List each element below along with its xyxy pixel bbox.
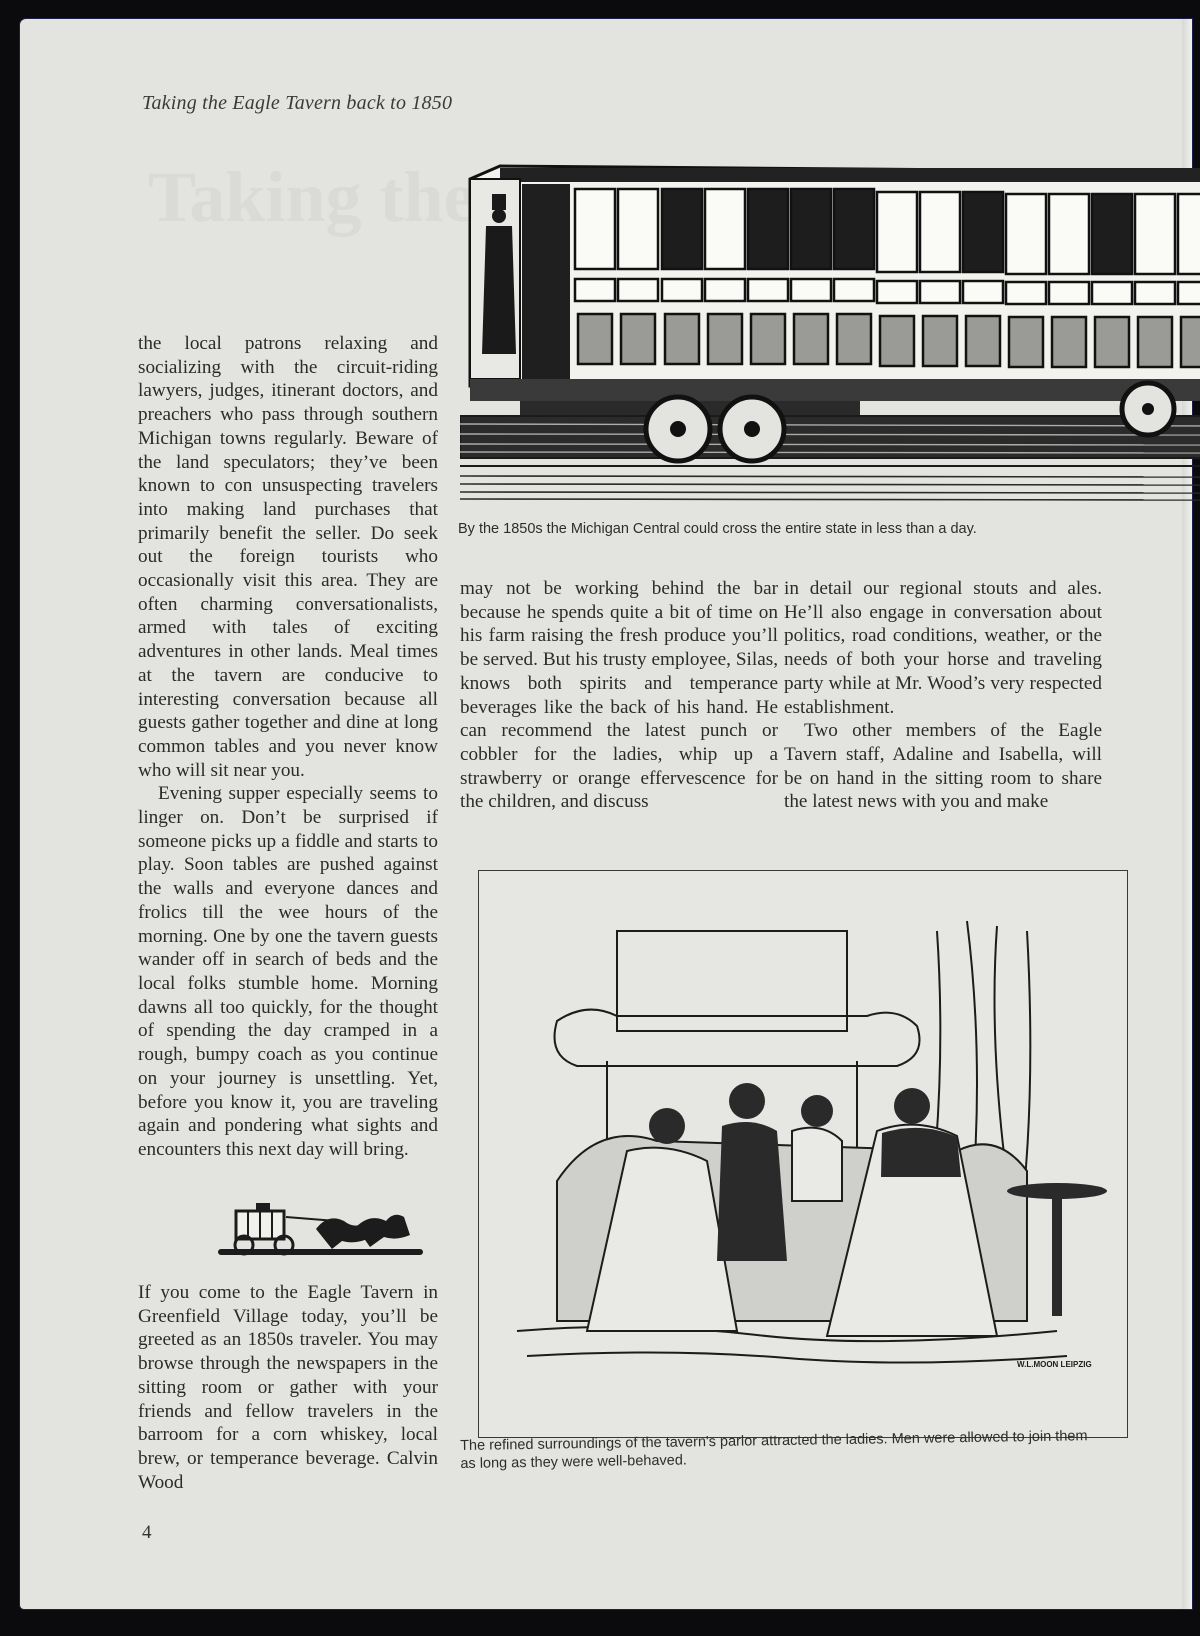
paragraph: may not be working behind the bar becaus… (460, 577, 778, 814)
article-column-1-continued: If you come to the Eagle Tavern in Green… (138, 1281, 438, 1494)
page-number: 4 (142, 1522, 152, 1544)
engraver-signature: W.L.MOON LEIPZIG (1017, 1360, 1092, 1369)
parlor-scene-icon: W.L.MOON LEIPZIG (497, 911, 1109, 1401)
paragraph: the local patrons relaxing and socializi… (138, 332, 438, 782)
paragraph: Two other members of the Eagle Tavern st… (784, 719, 1102, 814)
article-column-3: in detail our regional stouts and ales. … (784, 577, 1102, 814)
train-caption: By the 1850s the Michigan Central could … (458, 520, 1078, 538)
stagecoach-icon (216, 1199, 426, 1259)
article-column-1: the local patrons relaxing and socializi… (138, 332, 438, 1162)
article-column-2: may not be working behind the bar becaus… (460, 577, 778, 814)
paragraph: in detail our regional stouts and ales. … (784, 577, 1102, 719)
running-head: Taking the Eagle Tavern back to 1850 (142, 92, 452, 115)
paragraph: Evening supper especially seems to linge… (138, 782, 438, 1161)
stagecoach-illustration (216, 1199, 426, 1259)
railway-passenger-car-icon (460, 154, 1200, 509)
parlor-illustration: W.L.MOON LEIPZIG (497, 911, 1109, 1401)
paragraph: If you come to the Eagle Tavern in Green… (138, 1281, 438, 1494)
parlor-illustration-frame: W.L.MOON LEIPZIG (478, 870, 1128, 1438)
train-illustration (460, 154, 1200, 509)
magazine-page: Taking the Eagle Tavern back to 1850 Tak… (20, 19, 1192, 1609)
